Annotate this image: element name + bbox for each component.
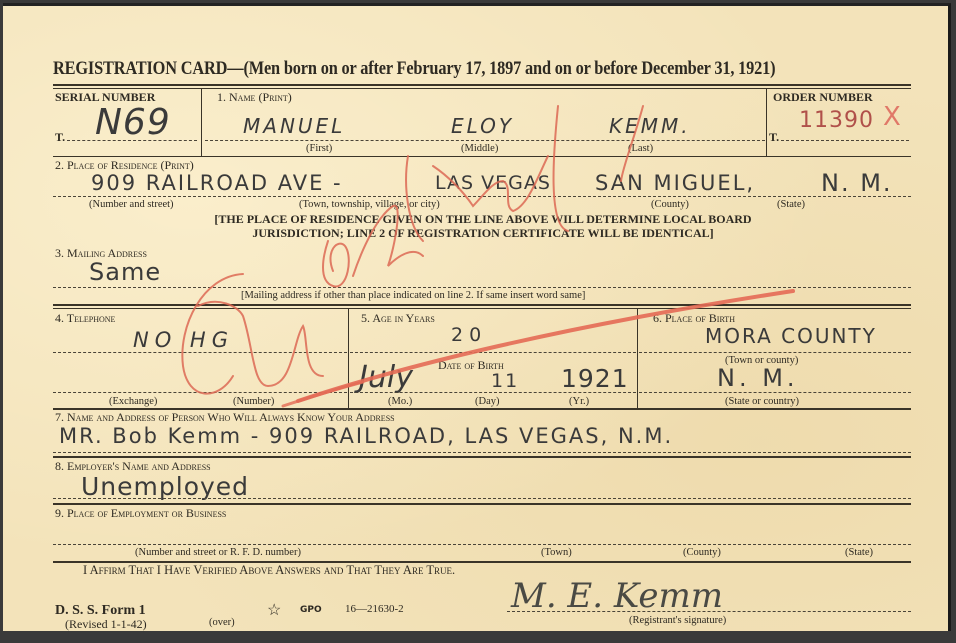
order-number-value: 11390 <box>799 108 874 133</box>
first-name-value: MANUEL <box>243 114 345 138</box>
caption-emp-town: (Town) <box>541 547 572 558</box>
dob-month: July <box>359 360 413 395</box>
residence-notice-2: JURISDICTION; LINE 2 OF REGISTRATION CER… <box>113 226 853 241</box>
birthplace-state: N. M. <box>717 364 799 392</box>
caption-state: (State) <box>777 199 805 210</box>
affirmation-text: I Affirm That I Have Verified Above Answ… <box>83 563 455 578</box>
caption-day: (Day) <box>475 396 500 407</box>
caption-last: (Last) <box>628 143 653 154</box>
caption-emp-street: (Number and street or R. F. D. number) <box>135 547 301 558</box>
residence-county: SAN MIGUEL, <box>595 171 755 195</box>
caption-emp-county: (County) <box>683 547 721 558</box>
registration-card: REGISTRATION CARD—(Men born on or after … <box>3 3 951 631</box>
serial-prefix: T. <box>55 130 65 145</box>
middle-name-value: ELOY <box>451 114 514 138</box>
caption-county: (County) <box>651 199 689 210</box>
caption-street: (Number and street) <box>89 199 174 210</box>
caption-birth-state: (State or country) <box>725 396 799 407</box>
contact-label: 7. Name and Address of Person Who Will A… <box>55 410 395 425</box>
contact-value: MR. Bob Kemm - 909 RAILROAD, LAS VEGAS, … <box>59 424 673 448</box>
gpo-label: GPO <box>300 605 322 615</box>
order-number-label: ORDER NUMBER <box>773 90 873 105</box>
form-revised: (Revised 1-1-42) <box>65 617 147 632</box>
mailing-address-value: Same <box>89 258 161 286</box>
form-over: (over) <box>209 617 235 628</box>
last-name-value: KEMM. <box>609 114 691 138</box>
age-label: 5. Age in Years <box>361 311 435 326</box>
name-label: 1. Name (Print) <box>217 90 292 105</box>
order-check-mark: X <box>883 102 904 132</box>
caption-emp-state: (State) <box>845 547 873 558</box>
caption-town: (Town, township, village, or city) <box>299 199 440 210</box>
caption-exchange: (Exchange) <box>109 396 157 407</box>
caption-first: (First) <box>306 143 332 154</box>
employment-place-label: 9. Place of Employment or Business <box>55 506 226 521</box>
caption-number: (Number) <box>233 396 274 407</box>
registrant-signature: M. E. Kemm <box>511 576 723 616</box>
caption-year: (Yr.) <box>569 396 589 407</box>
mailing-caption: [Mailing address if other than place ind… <box>241 290 585 301</box>
birthplace-town: MORA COUNTY <box>705 324 877 348</box>
telephone-label: 4. Telephone <box>55 311 115 326</box>
residence-town: LAS VEGAS <box>435 172 551 194</box>
residence-state: N. M. <box>821 169 893 197</box>
signature-caption: (Registrant's signature) <box>629 615 726 626</box>
caption-middle: (Middle) <box>461 143 498 154</box>
order-prefix: T. <box>769 130 779 145</box>
caption-month: (Mo.) <box>388 396 412 407</box>
residence-street: 909 RAILROAD AVE - <box>91 171 343 195</box>
divider <box>53 88 911 89</box>
serial-number-value: N69 <box>95 102 171 143</box>
employer-value: Unemployed <box>81 472 249 501</box>
dob-day: 11 <box>491 370 519 392</box>
card-title: REGISTRATION CARD—(Men born on or after … <box>53 58 775 80</box>
residence-notice-1: [THE PLACE OF RESIDENCE GIVEN ON THE LIN… <box>113 212 853 227</box>
telephone-value: NO HG <box>133 328 234 352</box>
age-value: 20 <box>451 324 487 346</box>
divider <box>53 84 911 86</box>
dob-year: 1921 <box>561 364 629 393</box>
star-icon: ☆ <box>267 600 281 620</box>
gpo-number: 16—21630-2 <box>345 603 404 615</box>
